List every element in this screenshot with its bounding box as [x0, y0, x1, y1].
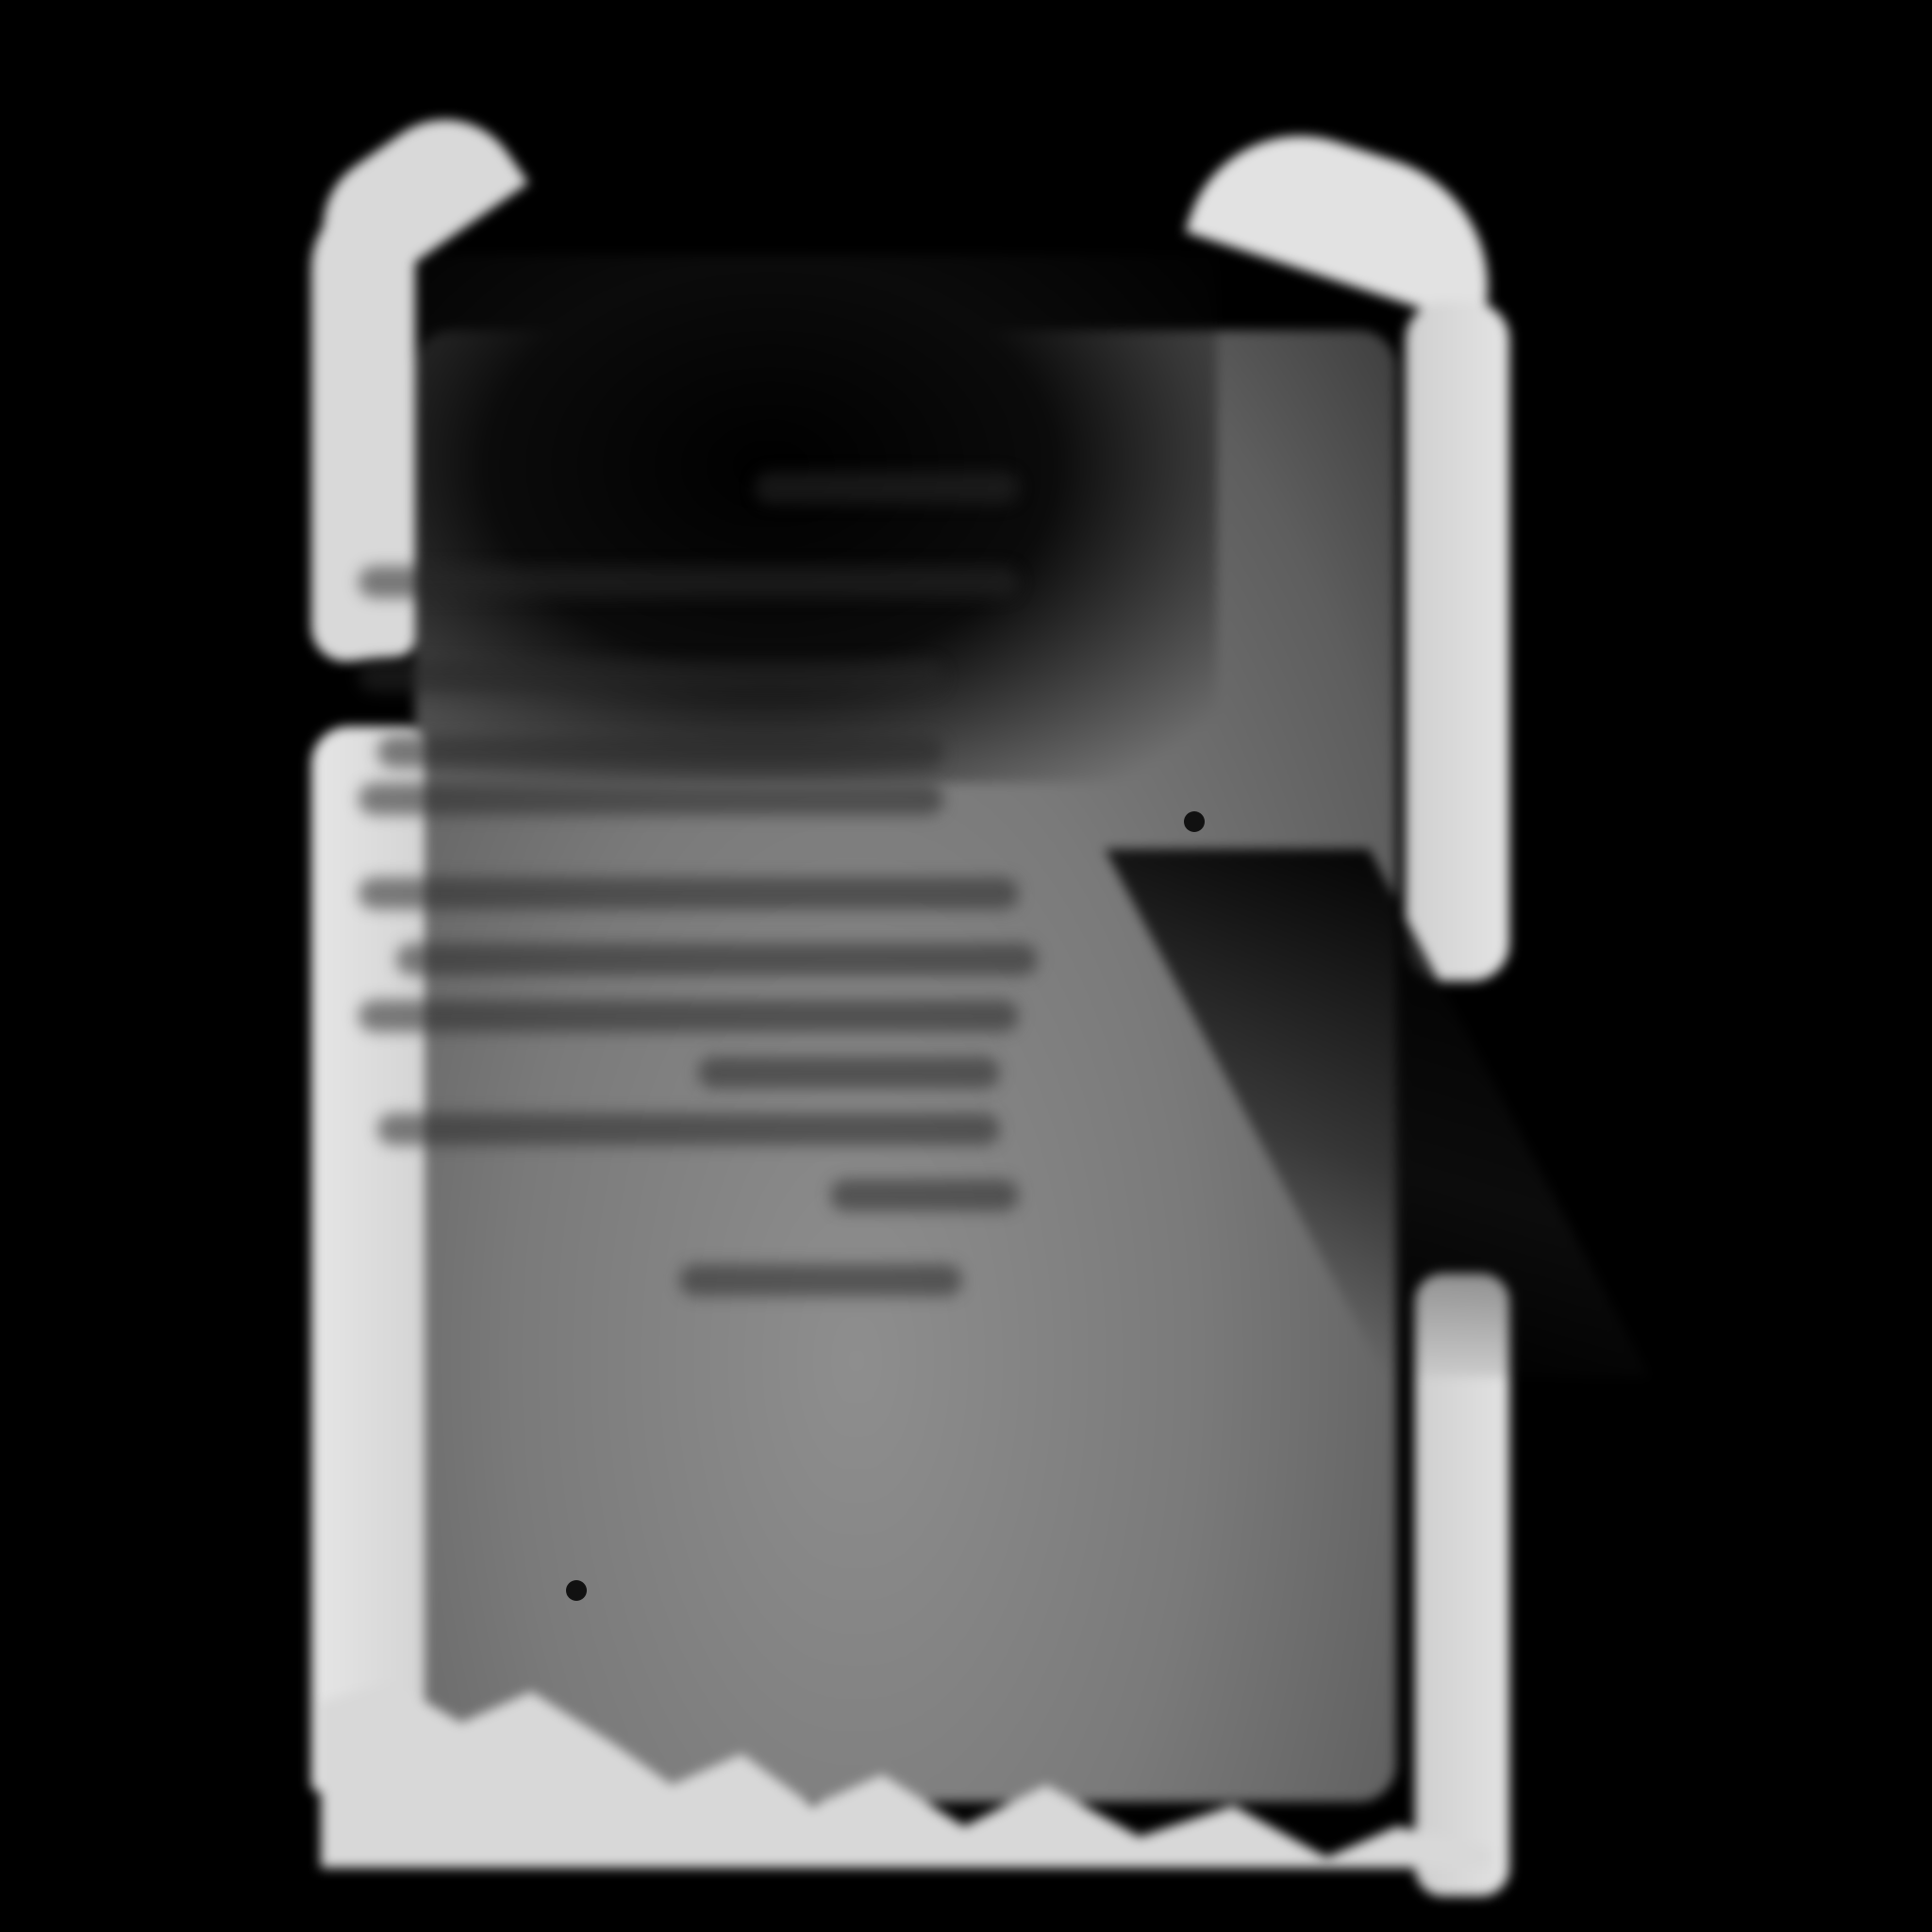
inscription-line [830, 1179, 1019, 1211]
gravestone [302, 113, 1538, 1849]
hole-mark [1184, 811, 1205, 832]
inscription-line [679, 1264, 962, 1296]
inscription-line [396, 943, 1038, 975]
inscription-line [377, 736, 943, 768]
inscription-line [358, 566, 1019, 598]
inscription-line [358, 1000, 1019, 1032]
inscription-line [698, 1057, 1000, 1089]
photo-background [0, 0, 1932, 1932]
hole-mark [566, 1580, 587, 1601]
inscription-line [755, 472, 1019, 504]
right-upper-rim [1406, 302, 1509, 981]
shadow-region [406, 255, 1217, 783]
inscription-line [377, 1113, 1000, 1145]
inscription-line [358, 783, 943, 815]
inscription-line [358, 660, 943, 692]
right-arch-rim [1185, 106, 1522, 327]
inscription-line [358, 877, 1019, 909]
